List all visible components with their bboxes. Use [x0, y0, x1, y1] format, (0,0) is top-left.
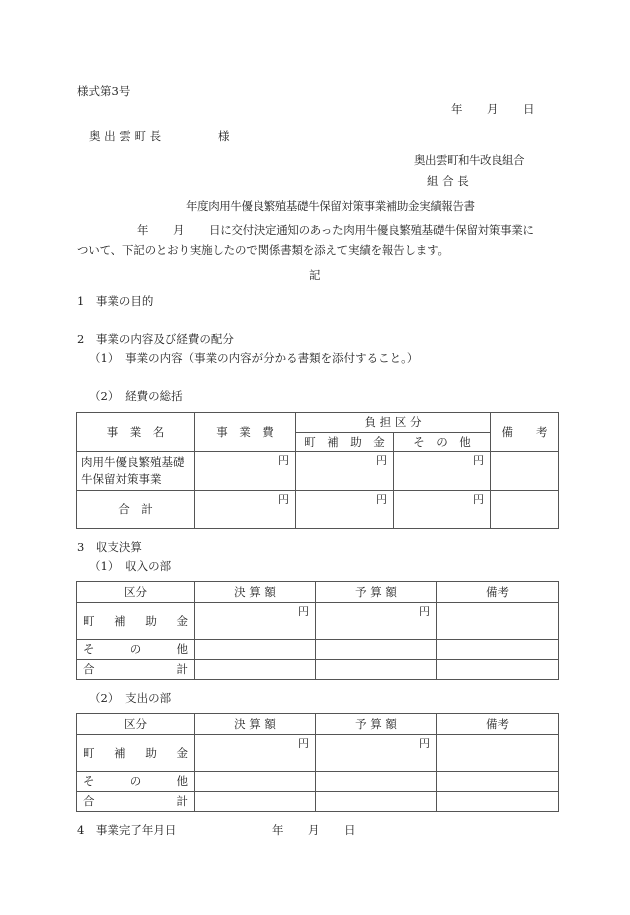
yen-unit: 円	[473, 455, 484, 466]
category-town-subsidy: 町 補 助 金	[77, 735, 195, 772]
total-remarks-cell[interactable]	[491, 491, 559, 529]
ki-heading: 記	[309, 270, 321, 282]
label-char: 金	[176, 613, 188, 630]
header-settled-amount: 決 算 額	[195, 582, 316, 603]
total-label: 合 計	[77, 491, 195, 529]
settled-amount-cell[interactable]	[195, 772, 316, 792]
section-3-1-heading: （1） 収入の部	[89, 561, 171, 573]
yen-unit: 円	[298, 738, 309, 749]
remarks-cell[interactable]	[437, 772, 559, 792]
date-month-label: 月	[487, 104, 499, 116]
label-char: の	[130, 641, 142, 658]
label-char: 金	[176, 745, 188, 762]
label-char: 計	[177, 661, 189, 678]
header-category: 区分	[77, 582, 195, 603]
section-1-heading: 1 事業の目的	[77, 296, 153, 308]
category-town-subsidy: 町 補 助 金	[77, 603, 195, 640]
yen-unit: 円	[376, 455, 387, 466]
sender-organization: 奥出雲町和牛改良組合	[414, 155, 524, 167]
header-remarks: 備 考	[491, 413, 559, 452]
town-subsidy-cell[interactable]: 円	[296, 452, 394, 491]
body-month: 月	[173, 225, 185, 237]
body-year: 年	[137, 225, 149, 237]
settled-amount-cell[interactable]: 円	[195, 603, 316, 640]
yen-unit: 円	[278, 494, 289, 505]
addressee-honorific: 様	[218, 131, 230, 143]
category-total: 合 計	[77, 660, 195, 680]
table-row: 合 計	[77, 660, 559, 680]
section-2-heading: 2 事業の内容及び経費の配分	[77, 334, 234, 346]
section-3-heading: 3 収支決算	[77, 542, 142, 554]
settled-amount-cell[interactable]	[195, 660, 316, 680]
expense-summary-table: 事 業 名 事 業 費 負 担 区 分 備 考 町 補 助 金 そ の 他 肉用…	[76, 412, 559, 529]
label-char: 助	[145, 613, 157, 630]
label-char: 町	[83, 613, 95, 630]
expenditure-table: 区分 決 算 額 予 算 額 備考 町 補 助 金 円 円 そ の 他	[76, 713, 559, 812]
header-budget-amount: 予 算 額	[316, 582, 437, 603]
header-remarks: 備考	[437, 582, 559, 603]
completion-day: 日	[344, 825, 356, 837]
yen-unit: 円	[298, 606, 309, 617]
budget-amount-cell[interactable]	[316, 660, 437, 680]
settled-amount-cell[interactable]	[195, 640, 316, 660]
label-char: 合	[83, 793, 95, 810]
remarks-cell[interactable]	[491, 452, 559, 491]
addressee-name: 奥 出 雲 町 長	[89, 131, 161, 143]
settled-amount-cell[interactable]	[195, 792, 316, 812]
yen-unit: 円	[376, 494, 387, 505]
total-subsidy-cell[interactable]: 円	[296, 491, 394, 529]
other-cell[interactable]: 円	[394, 452, 491, 491]
table-row: 町 補 助 金 円 円	[77, 735, 559, 772]
date-day-label: 日	[523, 104, 535, 116]
table-row: 合 計	[77, 792, 559, 812]
yen-unit: 円	[419, 606, 430, 617]
section-2-1-heading: （1） 事業の内容（事業の内容が分かる書類を添付すること。）	[89, 353, 418, 365]
completion-month: 月	[308, 825, 320, 837]
body-line2: ついて、下記のとおり実施したので関係書類を添えて実績を報告します。	[77, 245, 449, 257]
table-row: 肉用牛優良繁殖基礎 牛保留対策事業 円 円 円	[77, 452, 559, 491]
yen-unit: 円	[419, 738, 430, 749]
label-char: 町	[83, 745, 95, 762]
document-title: 年度肉用牛優良繁殖基礎牛保留対策事業補助金実績報告書	[186, 201, 475, 213]
income-table: 区分 決 算 額 予 算 額 備考 町 補 助 金 円 円 そ の 他	[76, 581, 559, 680]
label-char: そ	[83, 773, 95, 790]
header-project-name: 事 業 名	[77, 413, 195, 452]
header-project-cost: 事 業 費	[195, 413, 296, 452]
label-char: 合	[83, 661, 95, 678]
section-2-2-heading: （2） 経費の総括	[89, 391, 183, 403]
budget-amount-cell[interactable]: 円	[316, 603, 437, 640]
header-category: 区分	[77, 714, 195, 735]
header-burden-category: 負 担 区 分	[296, 413, 491, 433]
budget-amount-cell[interactable]	[316, 792, 437, 812]
total-other-cell[interactable]: 円	[394, 491, 491, 529]
label-char: そ	[83, 641, 95, 658]
date-year-label: 年	[451, 104, 463, 116]
yen-unit: 円	[473, 494, 484, 505]
header-town-subsidy: 町 補 助 金	[296, 433, 394, 452]
remarks-cell[interactable]	[437, 640, 559, 660]
project-cost-cell[interactable]: 円	[195, 452, 296, 491]
label-char: 他	[177, 773, 189, 790]
remarks-cell[interactable]	[437, 603, 559, 640]
table-row: そ の 他	[77, 640, 559, 660]
budget-amount-cell[interactable]	[316, 640, 437, 660]
completion-year: 年	[272, 825, 284, 837]
header-remarks: 備考	[437, 714, 559, 735]
section-3-2-heading: （2） 支出の部	[89, 693, 171, 705]
remarks-cell[interactable]	[437, 660, 559, 680]
budget-amount-cell[interactable]	[316, 772, 437, 792]
budget-amount-cell[interactable]: 円	[316, 735, 437, 772]
header-settled-amount: 決 算 額	[195, 714, 316, 735]
table-row: そ の 他	[77, 772, 559, 792]
label-char: 計	[177, 793, 189, 810]
label-char: の	[130, 773, 142, 790]
label-char: 助	[145, 745, 157, 762]
settled-amount-cell[interactable]: 円	[195, 735, 316, 772]
category-other: そ の 他	[77, 640, 195, 660]
project-name-cell: 肉用牛優良繁殖基礎 牛保留対策事業	[77, 452, 195, 491]
project-name-line1: 肉用牛優良繁殖基礎	[81, 454, 194, 471]
section-4-heading: 4 事業完了年月日	[77, 825, 176, 837]
label-char: 補	[114, 613, 126, 630]
total-cost-cell[interactable]: 円	[195, 491, 296, 529]
header-other: そ の 他	[394, 433, 491, 452]
category-other: そ の 他	[77, 772, 195, 792]
sender-title: 組 合 長	[427, 176, 469, 188]
project-name-line2: 牛保留対策事業	[81, 471, 194, 488]
table-row: 町 補 助 金 円 円	[77, 603, 559, 640]
header-budget-amount: 予 算 額	[316, 714, 437, 735]
category-total: 合 計	[77, 792, 195, 812]
table-row: 合 計 円 円 円	[77, 491, 559, 529]
form-number: 様式第3号	[77, 86, 130, 98]
label-char: 他	[177, 641, 189, 658]
label-char: 補	[114, 745, 126, 762]
remarks-cell[interactable]	[437, 792, 559, 812]
body-line1: 日に交付決定通知のあった肉用牛優良繁殖基礎牛保留対策事業に	[209, 225, 534, 237]
remarks-cell[interactable]	[437, 735, 559, 772]
yen-unit: 円	[278, 455, 289, 466]
